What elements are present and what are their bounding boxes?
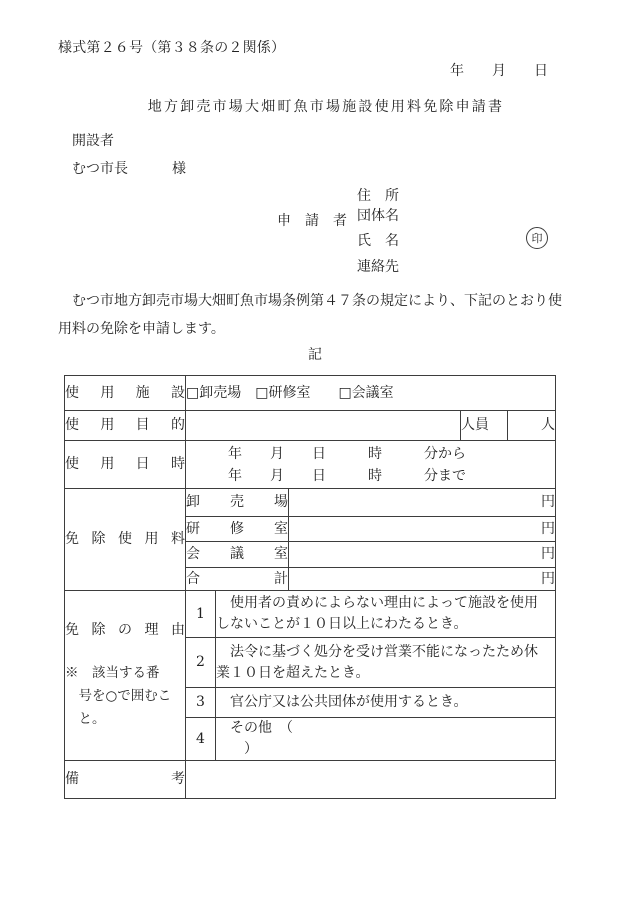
personnel-label-cell: 人員 bbox=[461, 411, 508, 441]
datetime-label-cell: 使 用 日 時 bbox=[65, 441, 186, 489]
reason-text-cell: 使用者の責めによらない理由によって施設を使用 しないことが１０日以上にわたるとき… bbox=[216, 591, 556, 638]
fee-unit: 円 bbox=[541, 546, 555, 562]
page-title: 地方卸売市場大畑町魚市場施設使用料免除申請書 bbox=[0, 96, 630, 116]
fee-name-cell: 会 議 室 bbox=[186, 542, 289, 568]
fee-amount-cell: 円 bbox=[289, 489, 556, 517]
group-name-label: 団体名 bbox=[357, 205, 399, 225]
reason-number-cell: 3 bbox=[186, 688, 216, 718]
reason-text-cell: その他 （ ） bbox=[216, 718, 556, 761]
application-table: 使 用 施 設 □卸売場 □研修室 □会議室 使 用 目 的 人員 人 使 用 … bbox=[64, 375, 556, 799]
fee-name-cell: 研 修 室 bbox=[186, 517, 289, 542]
row-remarks: 備 考 bbox=[65, 761, 556, 799]
row-reason-1: 免 除 の 理 由 ※ 該当する番 号を○で囲むこ と。 1 使用者の責めによら… bbox=[65, 591, 556, 638]
personnel-unit-cell: 人 bbox=[508, 411, 556, 441]
date-line: 年 月 日 bbox=[450, 60, 548, 80]
reason-number-cell: 2 bbox=[186, 638, 216, 688]
fee-name-cell: 卸 売 場 bbox=[186, 489, 289, 517]
record-heading: 記 bbox=[0, 344, 630, 364]
datetime-to-line: 年 月 日 時 分まで bbox=[186, 465, 555, 487]
datetime-value-cell: 年 月 日 時 分から 年 月 日 時 分まで bbox=[186, 441, 556, 489]
reason-text-cell: 法令に基づく処分を受け営業不能になったため休 業１０日を超えたとき。 bbox=[216, 638, 556, 688]
document-page: 様式第２６号（第３８条の２関係） 年 月 日 地方卸売市場大畑町魚市場施設使用料… bbox=[0, 0, 630, 915]
fee-total-name-cell: 合 計 bbox=[186, 568, 289, 591]
seal-icon: 印 bbox=[526, 227, 548, 249]
reason-number-cell: 4 bbox=[186, 718, 216, 761]
facility-label-cell: 使 用 施 設 bbox=[65, 376, 186, 411]
fee-amount-cell: 円 bbox=[289, 517, 556, 542]
row-facility: 使 用 施 設 □卸売場 □研修室 □会議室 bbox=[65, 376, 556, 411]
fee-unit: 円 bbox=[541, 571, 555, 587]
fee-total-amount-cell: 円 bbox=[289, 568, 556, 591]
addressee-name: むつ市長 bbox=[72, 158, 128, 178]
applicant-label: 申 請 者 bbox=[277, 210, 347, 230]
row-purpose: 使 用 目 的 人員 人 bbox=[65, 411, 556, 441]
reason-text-cell: 官公庁又は公共団体が使用するとき。 bbox=[216, 688, 556, 718]
purpose-value-cell bbox=[186, 411, 461, 441]
opener-label: 開設者 bbox=[72, 130, 114, 150]
address-label: 住 所 bbox=[357, 185, 399, 205]
fee-amount-cell: 円 bbox=[289, 542, 556, 568]
fee-label-cell: 免 除 使 用 料 bbox=[65, 489, 186, 591]
row-fee-wholesale: 免 除 使 用 料 卸 売 場 円 bbox=[65, 489, 556, 517]
remarks-value-cell bbox=[186, 761, 556, 799]
purpose-label-cell: 使 用 目 的 bbox=[65, 411, 186, 441]
remarks-label-cell: 備 考 bbox=[65, 761, 186, 799]
reason-label: 免 除 の 理 由 bbox=[65, 620, 185, 641]
reason-number-cell: 1 bbox=[186, 591, 216, 638]
fee-unit: 円 bbox=[541, 494, 555, 510]
datetime-from-line: 年 月 日 時 分から bbox=[186, 443, 555, 465]
reason-note: ※ 該当する番 号を○で囲むこ と。 bbox=[65, 662, 185, 731]
reason-label-cell: 免 除 の 理 由 ※ 該当する番 号を○で囲むこ と。 bbox=[65, 591, 186, 761]
form-number: 様式第２６号（第３８条の２関係） bbox=[58, 37, 285, 57]
facility-options-cell: □卸売場 □研修室 □会議室 bbox=[186, 376, 556, 411]
body-paragraph: むつ市地方卸売市場大畑町魚市場条例第４７条の規定により、下記のとおり使 用料の免… bbox=[58, 287, 606, 343]
addressee-honorific: 様 bbox=[172, 158, 186, 178]
name-label: 氏 名 bbox=[357, 230, 399, 250]
fee-unit: 円 bbox=[541, 521, 555, 537]
row-datetime: 使 用 日 時 年 月 日 時 分から 年 月 日 時 分まで bbox=[65, 441, 556, 489]
contact-label: 連絡先 bbox=[357, 256, 399, 276]
seal-character: 印 bbox=[532, 233, 543, 244]
